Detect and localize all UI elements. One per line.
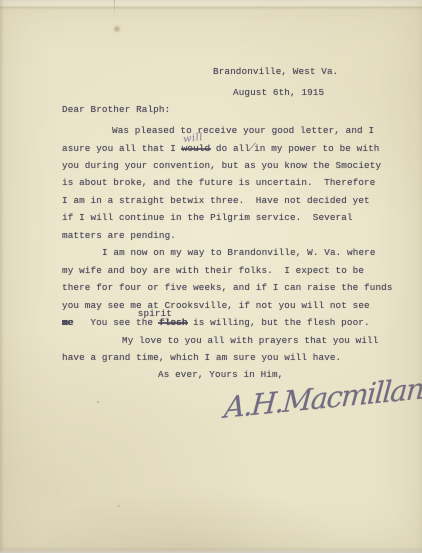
overtyped-word: me bbox=[62, 317, 73, 328]
body-line: if I will continue in the Pilgrim servic… bbox=[62, 212, 353, 224]
paper-crease bbox=[114, 0, 115, 16]
body-line: My love to you all with prayers that you… bbox=[122, 335, 378, 347]
paper-left-edge bbox=[0, 0, 4, 553]
scanned-letter-page: Brandonville, West Va. August 6th, 1915 … bbox=[0, 0, 422, 553]
correction-flesh-spirit: fleshspirit bbox=[159, 317, 188, 329]
body-line: matters are pending. bbox=[62, 230, 176, 242]
body-text: do all bbox=[210, 143, 250, 154]
body-line-with-correction: asure you all that I wouldwill do all/in… bbox=[62, 142, 379, 155]
typed-insertion: spirit bbox=[138, 308, 172, 320]
paper-top-edge bbox=[0, 0, 422, 10]
body-line: Was pleased to receive your good letter,… bbox=[112, 125, 374, 137]
body-line: my wife and boy are with their folks. I … bbox=[62, 265, 364, 277]
body-text: in my power to be with bbox=[254, 143, 379, 154]
body-line: have a grand time, which I am sure you w… bbox=[62, 352, 341, 364]
paper-speck bbox=[117, 505, 120, 507]
paper-bottom-edge bbox=[0, 547, 422, 553]
body-line: is about broke, and the future is uncert… bbox=[62, 177, 375, 189]
body-line: I am in a straight betwix three. Have no… bbox=[62, 195, 370, 207]
paper-speck bbox=[97, 401, 99, 403]
body-text: asure you all that I bbox=[62, 143, 182, 154]
correction-would-will: wouldwill bbox=[182, 143, 211, 155]
body-line-with-correction: meYou see the fleshspirit is willing, bu… bbox=[62, 317, 370, 329]
body-line: there for four or five weeks, and if I c… bbox=[62, 282, 393, 294]
body-text: is willing, but the flesh poor. bbox=[187, 317, 369, 328]
handwritten-insertion: will bbox=[182, 132, 203, 146]
body-line: you may see me at Crooksville, if not yo… bbox=[62, 300, 370, 312]
body-line: I am now on my way to Brandonville, W. V… bbox=[102, 247, 376, 259]
date-line: August 6th, 1915 bbox=[233, 87, 324, 99]
place-line: Brandonville, West Va. bbox=[213, 66, 338, 78]
salutation: Dear Brother Ralph: bbox=[62, 104, 170, 116]
paper-stain bbox=[113, 25, 121, 33]
body-line: you during your convention, but as you k… bbox=[62, 160, 381, 172]
closing-line: As ever, Yours in Him, bbox=[158, 369, 283, 381]
